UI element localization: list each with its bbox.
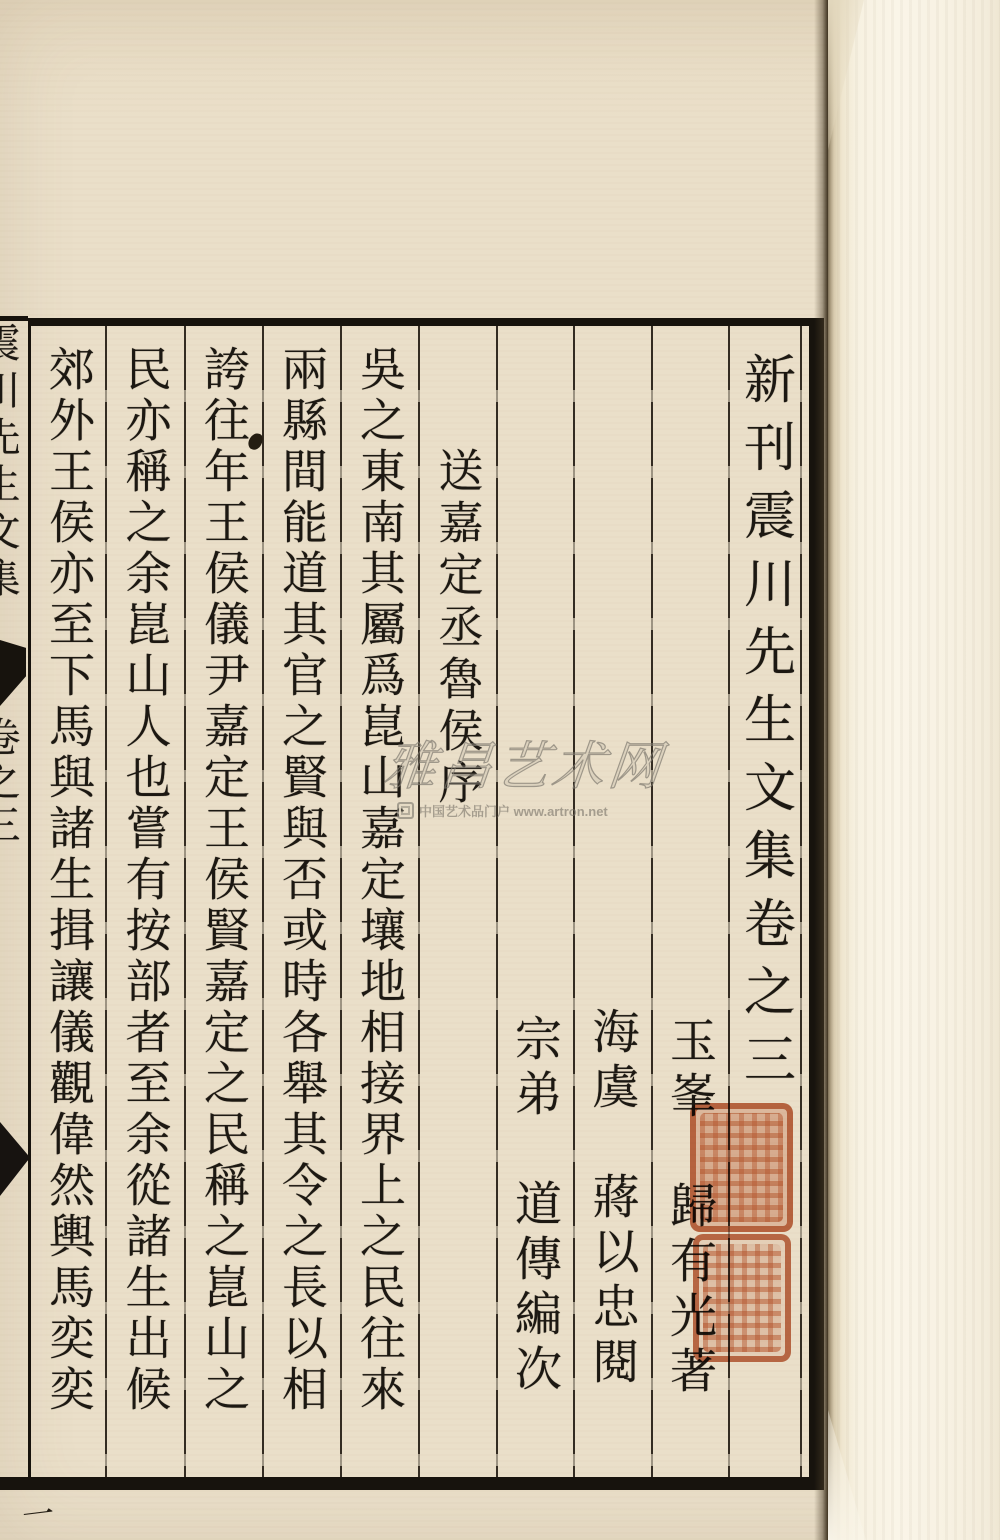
ink-wedge-mark (0, 1122, 28, 1196)
body-column-5: 郊外王侯亦至下馬與諸生揖讓儀觀偉然輿馬奕奕 (31, 326, 105, 1477)
spine-column: 震川先生文集 卷之三 (0, 0, 28, 1540)
section-title-column: 送嘉定丞魯侯序 (418, 326, 496, 1477)
body-column-4: 民亦稱之余崑山人也嘗有按部者至余從諸生出候 (105, 326, 184, 1477)
body-text: 民亦稱之余崑山人也嘗有按部者至余從諸生出候 (112, 326, 178, 1477)
credit-compiler: 宗弟 道傳編次 (501, 326, 568, 1477)
leaf-number: 一 (19, 1488, 56, 1538)
body-text: 郊外王侯亦至下馬與諸生揖讓儀觀偉然輿馬奕奕 (35, 326, 101, 1477)
credit-reviewer: 海虞 蔣以忠閱 (579, 326, 646, 1477)
body-text: 誇往年王侯儀尹嘉定王侯賢嘉定之民稱之崑山之 (190, 326, 256, 1477)
body-text: 吳之東南其屬爲崑山嘉定壤地相接界上之民往來 (346, 326, 412, 1477)
credit-column-reviewer: 海虞 蔣以忠閱 (573, 326, 651, 1477)
body-column-3: 誇往年王侯儀尹嘉定王侯賢嘉定之民稱之崑山之 (184, 326, 262, 1477)
spine-top-border (0, 316, 28, 321)
page-edge-shadow (814, 0, 828, 1540)
spine-title: 震川先生文集 (0, 322, 26, 604)
credit-column-compiler: 宗弟 道傳編次 (496, 326, 573, 1477)
rolled-page-edge (828, 0, 1000, 1540)
body-text: 兩縣間能道其官之賢與否或時各舉其令之長以相 (268, 326, 334, 1477)
section-title: 送嘉定丞魯侯序 (425, 326, 490, 1477)
collector-seal-lower (693, 1234, 791, 1362)
collector-seal-upper (690, 1103, 793, 1232)
fishtail-mark-icon (0, 640, 26, 706)
roll-corner-bottom (828, 1410, 866, 1540)
spine-bottom-border (0, 1477, 28, 1490)
body-column-1: 吳之東南其屬爲崑山嘉定壤地相接界上之民往來 (340, 326, 418, 1477)
roll-corner-top (828, 0, 864, 150)
body-column-2: 兩縣間能道其官之賢與否或時各舉其令之長以相 (262, 326, 340, 1477)
book-page-scan: 震川先生文集 卷之三 一 新刊震川先生文集卷之三 玉峯 歸有光著 海虞 蔣以忠閱… (0, 0, 1000, 1540)
spine-volume: 卷之三 (0, 716, 26, 848)
